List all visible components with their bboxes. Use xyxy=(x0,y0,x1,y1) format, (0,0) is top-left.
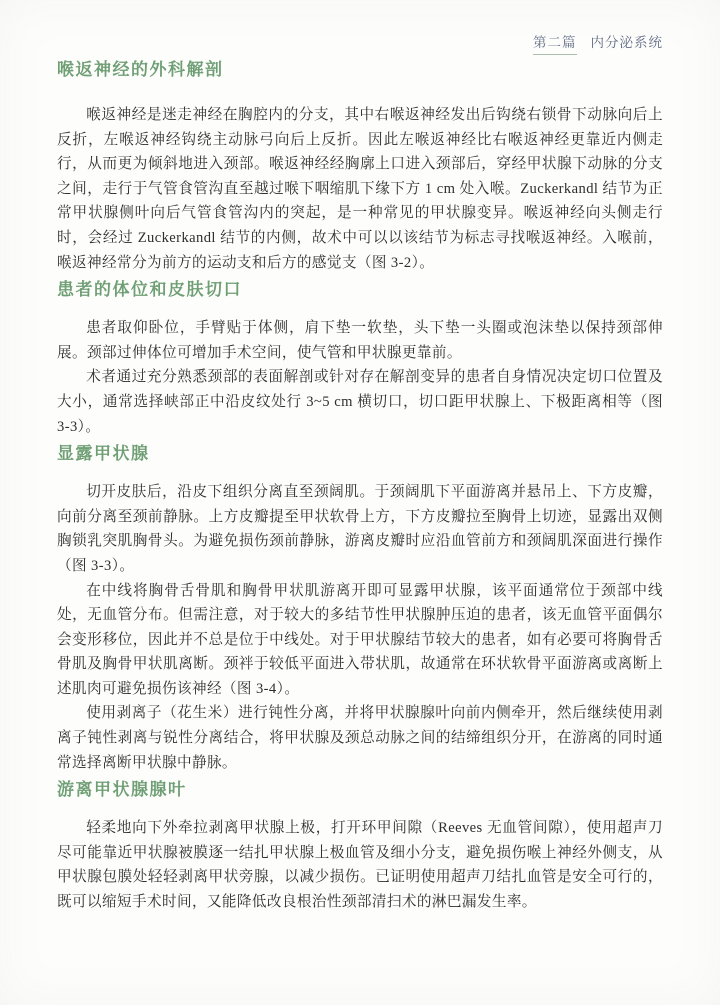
paragraph: 轻柔地向下外牵拉剥离甲状腺上极，打开环甲间隙（Reeves 无血管间隙），使用超… xyxy=(57,816,663,914)
section-body: 轻柔地向下外牵拉剥离甲状腺上极，打开环甲间隙（Reeves 无血管间隙），使用超… xyxy=(57,816,663,914)
paragraph: 喉返神经是迷走神经在胸腔内的分支，其中右喉返神经发出后钩绕右锁骨下动脉向后上反折… xyxy=(57,103,663,275)
part-label: 第二篇 xyxy=(533,31,577,55)
paragraph: 切开皮肤后，沿皮下组织分离直至颈阔肌。于颈阔肌下平面游离并悬吊上、下方皮瓣，向前… xyxy=(57,480,663,578)
section-heading-expose-thyroid: 显露甲状腺 xyxy=(57,439,663,464)
running-header: 第二篇内分泌系统 xyxy=(0,0,720,55)
section-body: 喉返神经是迷走神经在胸腔内的分支，其中右喉返神经发出后钩绕右锁骨下动脉向后上反折… xyxy=(57,103,663,275)
section-heading-mobilize-thyroid-lobe: 游离甲状腺腺叶 xyxy=(57,775,663,800)
section-body: 患者取仰卧位，手臂贴于体侧，肩下垫一软垫，头下垫一头圈或泡沫垫以保持颈部伸展。颈… xyxy=(57,316,663,439)
paragraph: 术者通过充分熟悉颈部的表面解剖或针对存在解剖变异的患者自身情况决定切口位置及大小… xyxy=(57,365,663,439)
section-heading-position-and-incision: 患者的体位和皮肤切口 xyxy=(57,275,663,300)
paragraph: 患者取仰卧位，手臂贴于体侧，肩下垫一软垫，头下垫一头圈或泡沫垫以保持颈部伸展。颈… xyxy=(57,316,663,365)
book-page: 第二篇内分泌系统 喉返神经的外科解剖 喉返神经是迷走神经在胸腔内的分支，其中右喉… xyxy=(0,0,720,1005)
section-heading-recurrent-laryngeal-nerve: 喉返神经的外科解剖 xyxy=(57,55,663,80)
page-content: 喉返神经的外科解剖 喉返神经是迷走神经在胸腔内的分支，其中右喉返神经发出后钩绕右… xyxy=(0,55,720,915)
section-body: 切开皮肤后，沿皮下组织分离直至颈阔肌。于颈阔肌下平面游离并悬吊上、下方皮瓣，向前… xyxy=(57,480,663,775)
paragraph: 在中线将胸骨舌骨肌和胸骨甲状肌游离开即可显露甲状腺，该平面通常位于颈部中线处，无… xyxy=(57,579,663,702)
paragraph: 使用剥离子（花生米）进行钝性分离，并将甲状腺腺叶向前内侧牵开，然后继续使用剥离子… xyxy=(57,701,663,775)
part-title: 内分泌系统 xyxy=(591,35,664,50)
